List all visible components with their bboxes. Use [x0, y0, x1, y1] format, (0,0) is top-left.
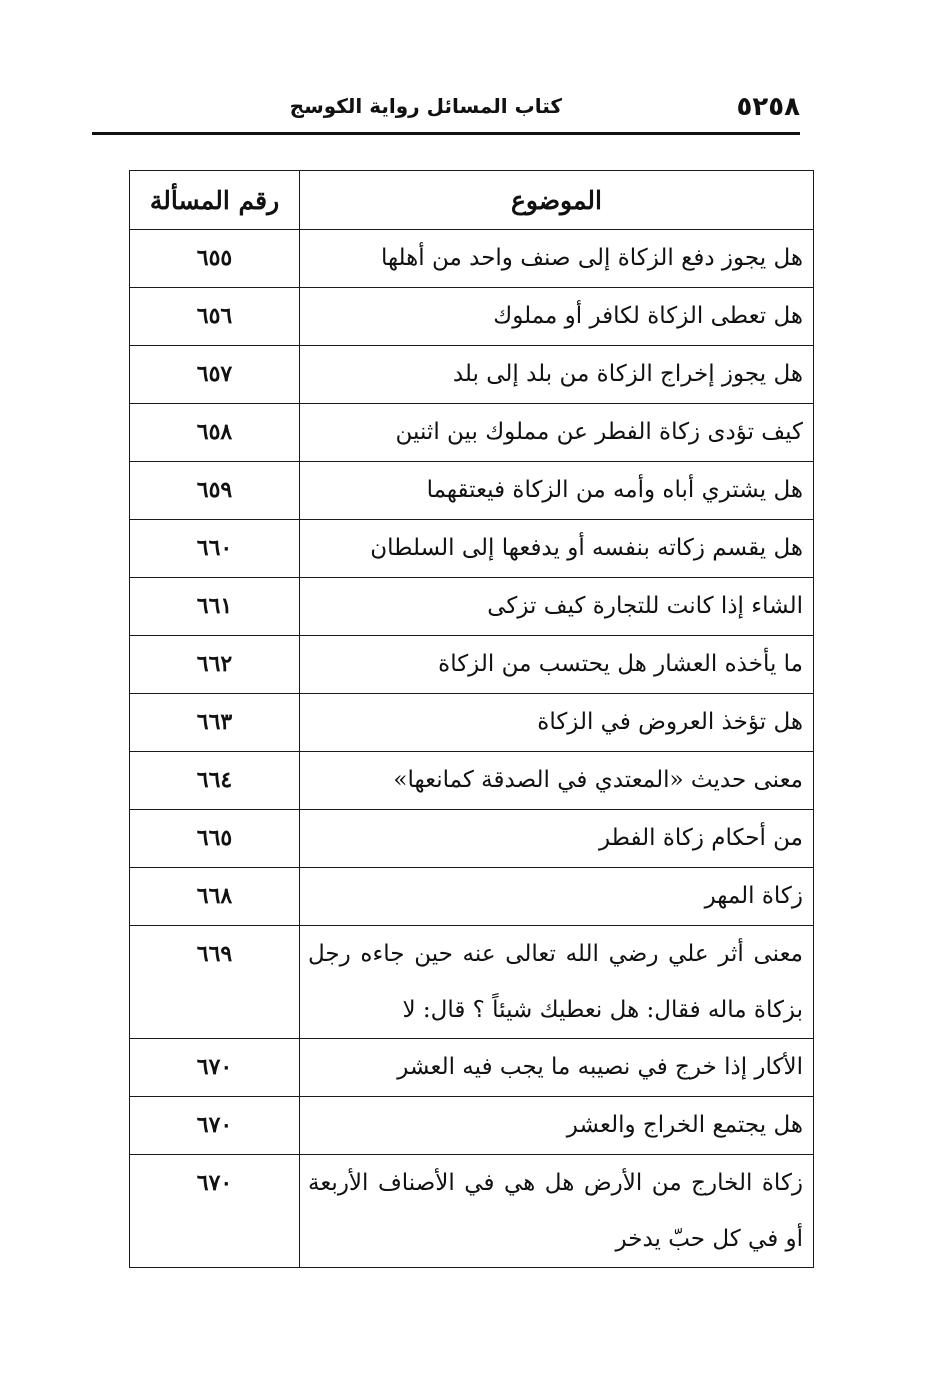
column-header-topic: الموضوع [300, 171, 814, 230]
table-row: كيف تؤدى زكاة الفطر عن مملوك بين اثنين ٦… [130, 404, 814, 462]
table-row: هل يشتري أباه وأمه من الزكاة فيعتقهما ٦٥… [130, 462, 814, 520]
topic-cell: معنى حديث «المعتدي في الصدقة كمانعها» [300, 752, 814, 810]
table-row: هل تعطى الزكاة لكافر أو مملوك ٦٥٦ [130, 288, 814, 346]
topic-cell: هل يقسم زكاته بنفسه أو يدفعها إلى السلطا… [300, 520, 814, 578]
topic-cell: هل تعطى الزكاة لكافر أو مملوك [300, 288, 814, 346]
topic-cell: زكاة المهر [300, 868, 814, 926]
topic-cell: هل يجتمع الخراج والعشر [300, 1097, 814, 1155]
table-row: هل يجوز إخراج الزكاة من بلد إلى بلد ٦٥٧ [130, 346, 814, 404]
issue-number-cell: ٦٥٩ [130, 462, 300, 520]
page-number: ٥٢٥٨ [737, 92, 800, 122]
issue-number-cell: ٦٧٠ [130, 1097, 300, 1155]
topic-cell: معنى أثر علي رضي الله تعالى عنه حين جاءه… [300, 926, 814, 1039]
table-row: هل يجتمع الخراج والعشر ٦٧٠ [130, 1097, 814, 1155]
table-row: هل يقسم زكاته بنفسه أو يدفعها إلى السلطا… [130, 520, 814, 578]
topic-cell: هل يجوز إخراج الزكاة من بلد إلى بلد [300, 346, 814, 404]
table-row: هل تؤخذ العروض في الزكاة ٦٦٣ [130, 694, 814, 752]
issue-number-cell: ٦٦٤ [130, 752, 300, 810]
topic-cell: الأكار إذا خرج في نصيبه ما يجب فيه العشر [300, 1039, 814, 1097]
issue-number-cell: ٦٥٥ [130, 230, 300, 288]
issue-number-cell: ٦٦٥ [130, 810, 300, 868]
table-row: من أحكام زكاة الفطر ٦٦٥ [130, 810, 814, 868]
topic-cell: هل يشتري أباه وأمه من الزكاة فيعتقهما [300, 462, 814, 520]
issue-number-cell: ٦٦١ [130, 578, 300, 636]
table-header-row: الموضوع رقم المسألة [130, 171, 814, 230]
table-row: معنى أثر علي رضي الله تعالى عنه حين جاءه… [130, 926, 814, 1039]
issue-number-cell: ٦٧٠ [130, 1039, 300, 1097]
page-header: ٥٢٥٨ كتاب المسائل رواية الكوسج [92, 88, 800, 134]
issue-number-cell: ٦٥٧ [130, 346, 300, 404]
issue-number-cell: ٦٥٨ [130, 404, 300, 462]
table-row: الأكار إذا خرج في نصيبه ما يجب فيه العشر… [130, 1039, 814, 1097]
header-divider [92, 132, 800, 135]
issue-number-cell: ٦٥٦ [130, 288, 300, 346]
table-row: زكاة المهر ٦٦٨ [130, 868, 814, 926]
issue-number-cell: ٦٦٩ [130, 926, 300, 1039]
issue-number-cell: ٦٦٨ [130, 868, 300, 926]
table-row: معنى حديث «المعتدي في الصدقة كمانعها» ٦٦… [130, 752, 814, 810]
table-row: الشاء إذا كانت للتجارة كيف تزكى ٦٦١ [130, 578, 814, 636]
topic-cell: الشاء إذا كانت للتجارة كيف تزكى [300, 578, 814, 636]
table-row: هل يجوز دفع الزكاة إلى صنف واحد من أهلها… [130, 230, 814, 288]
running-title: كتاب المسائل رواية الكوسج [290, 94, 562, 118]
issue-number-cell: ٦٦٢ [130, 636, 300, 694]
topic-cell: كيف تؤدى زكاة الفطر عن مملوك بين اثنين [300, 404, 814, 462]
topic-cell: ما يأخذه العشار هل يحتسب من الزكاة [300, 636, 814, 694]
table-row: ما يأخذه العشار هل يحتسب من الزكاة ٦٦٢ [130, 636, 814, 694]
topic-cell: هل يجوز دفع الزكاة إلى صنف واحد من أهلها [300, 230, 814, 288]
table-row: زكاة الخارج من الأرض هل هي في الأصناف ال… [130, 1155, 814, 1268]
contents-table: الموضوع رقم المسألة هل يجوز دفع الزكاة إ… [129, 170, 814, 1268]
column-header-number: رقم المسألة [130, 171, 300, 230]
topic-cell: زكاة الخارج من الأرض هل هي في الأصناف ال… [300, 1155, 814, 1268]
topic-cell: هل تؤخذ العروض في الزكاة [300, 694, 814, 752]
issue-number-cell: ٦٧٠ [130, 1155, 300, 1268]
issue-number-cell: ٦٦٣ [130, 694, 300, 752]
topic-cell: من أحكام زكاة الفطر [300, 810, 814, 868]
issue-number-cell: ٦٦٠ [130, 520, 300, 578]
